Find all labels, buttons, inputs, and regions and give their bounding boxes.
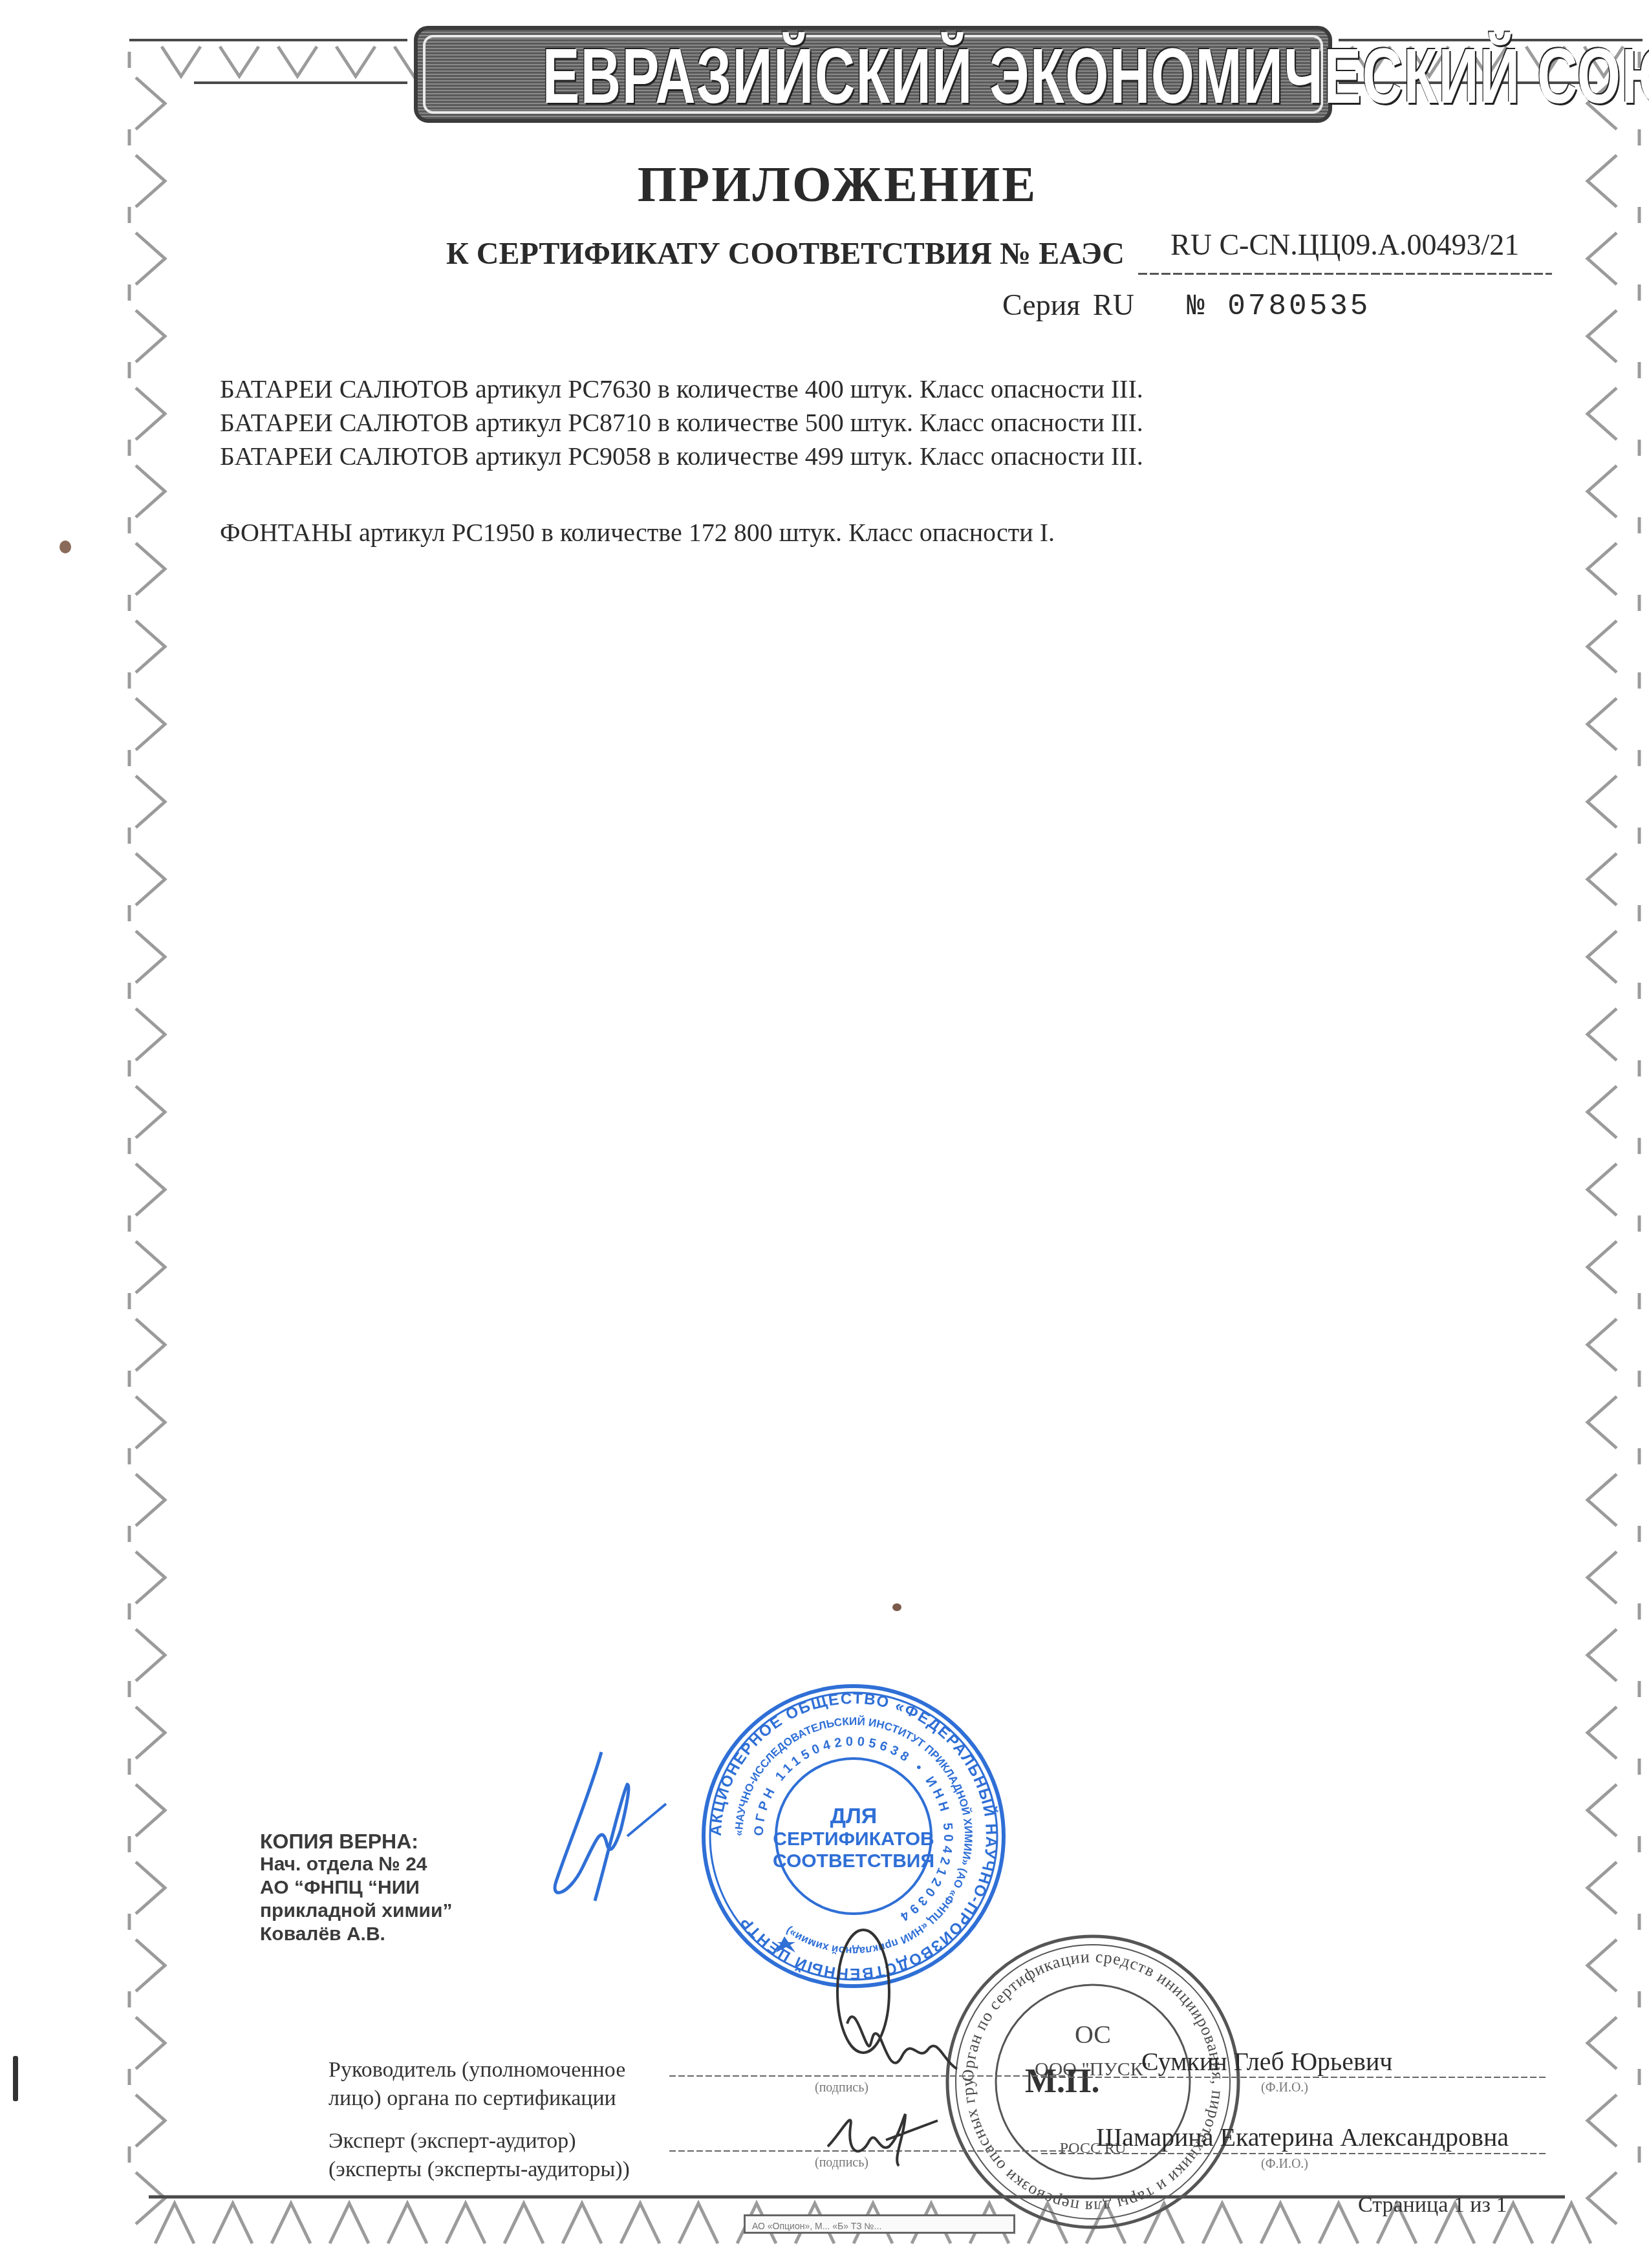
scan-mark — [13, 2056, 18, 2101]
copy-line: Ковалёв А.В. — [260, 1923, 452, 1946]
expert-label-line: (эксперты (эксперты-аудиторы)) — [329, 2156, 630, 2184]
certificate-number: RU C-CN.ЦЦ09.А.00493/21 — [1170, 228, 1519, 262]
expert-label-line: Эксперт (эксперт-аудитор) — [329, 2127, 630, 2156]
head-name-line — [1041, 2077, 1546, 2078]
series-number: № 0780535 — [1187, 290, 1370, 323]
product-item: БАТАРЕИ САЛЮТОВ артикул PC8710 в количес… — [220, 407, 1143, 438]
product-item: ФОНТАНЫ артикул PC1950 в количестве 172 … — [220, 517, 1055, 548]
signature-head — [808, 1927, 1002, 2095]
svg-text:ДЛЯ: ДЛЯ — [830, 1804, 878, 1828]
head-name-caption: (Ф.И.О.) — [1261, 2081, 1308, 2095]
svg-text:СЕРТИФИКАТОВ: СЕРТИФИКАТОВ — [773, 1828, 934, 1850]
head-label: Руководитель (уполномоченное лицо) орган… — [329, 2056, 625, 2113]
product-item: БАТАРЕИ САЛЮТОВ артикул PC7630 в количес… — [220, 374, 1143, 405]
scan-speck — [59, 540, 71, 553]
series-label: Серия — [1002, 288, 1080, 322]
printer-imprint: АО «Опцион», М... «Б» ТЗ №... — [744, 2214, 1015, 2234]
product-item: БАТАРЕИ САЛЮТОВ артикул PC9058 в количес… — [220, 441, 1143, 472]
head-label-line: Руководитель (уполномоченное — [329, 2056, 625, 2084]
signature-copy-certifier — [530, 1746, 673, 1914]
series-value: RU — [1093, 288, 1134, 322]
head-label-line: лицо) органа по сертификации — [329, 2084, 625, 2113]
banner-text: ЕВРАЗИЙСКИЙ ЭКОНОМИЧЕСКИЙ СОЮЗ — [543, 31, 1203, 122]
scan-speck — [892, 1603, 901, 1611]
svg-text:СООТВЕТСТВИЯ: СООТВЕТСТВИЯ — [773, 1850, 934, 1872]
svg-text:ОС: ОС — [1075, 2020, 1111, 2049]
copy-line: КОПИЯ ВЕРНА: — [260, 1830, 452, 1853]
copy-line: прикладной химии” — [260, 1899, 452, 1923]
seal-place-label: М.П. — [1025, 2062, 1100, 2101]
expert-name-caption: (Ф.И.О.) — [1261, 2157, 1308, 2172]
certificate-subtitle: К СЕРТИФИКАТУ СООТВЕТСТВИЯ № ЕАЭС — [446, 236, 1125, 272]
copy-certification: КОПИЯ ВЕРНА: Нач. отдела № 24 АО “ФНПЦ “… — [260, 1830, 452, 1946]
copy-line: Нач. отдела № 24 — [260, 1853, 452, 1876]
copy-line: АО “ФНПЦ “НИИ — [260, 1876, 452, 1899]
eaeu-banner: ЕВРАЗИЙСКИЙ ЭКОНОМИЧЕСКИЙ СОЮЗ — [414, 26, 1332, 123]
signature-expert — [815, 2095, 944, 2172]
expert-label: Эксперт (эксперт-аудитор) (эксперты (экс… — [329, 2127, 630, 2184]
head-name: Сумкин Глеб Юрьевич — [1141, 2046, 1392, 2077]
page-number: Страница 1 из 1 — [1358, 2193, 1507, 2218]
document-title: ПРИЛОЖЕНИЕ — [0, 155, 1649, 213]
expert-name: Шамарина Екатерина Александровна — [1096, 2122, 1509, 2152]
expert-name-line — [1041, 2153, 1546, 2154]
certificate-number-underline — [1138, 273, 1552, 275]
